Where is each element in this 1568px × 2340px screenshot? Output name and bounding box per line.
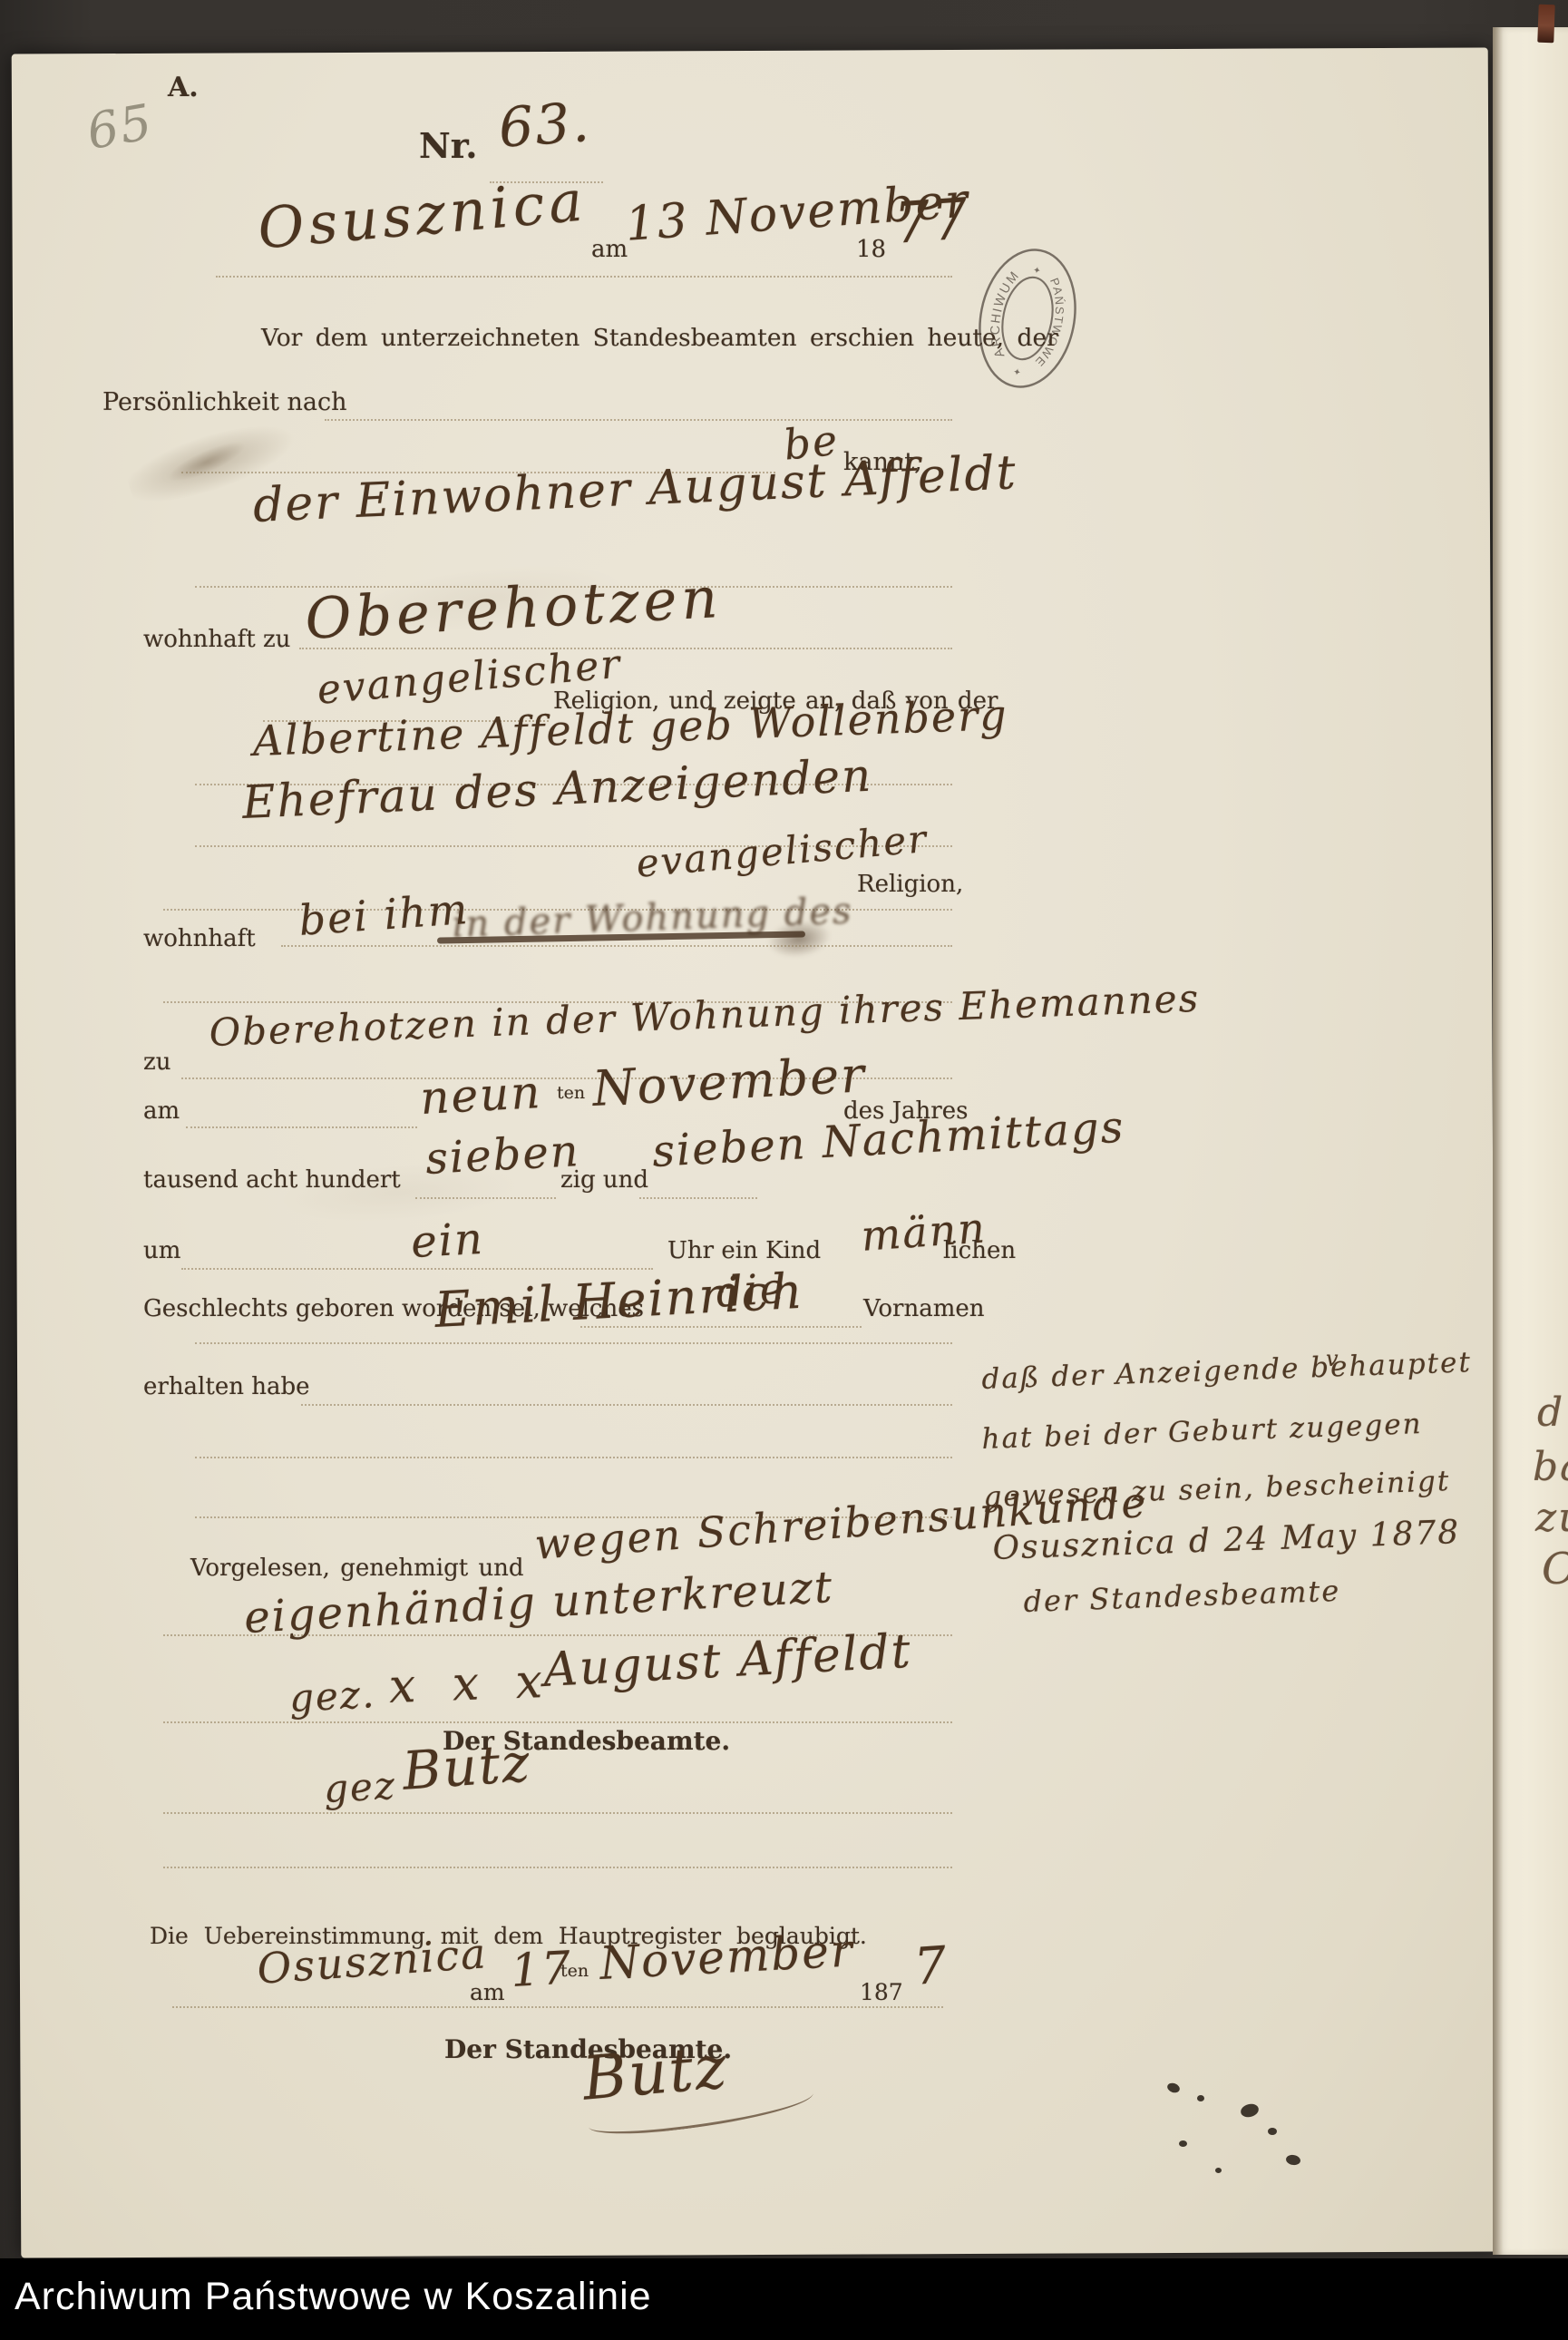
handzeichen-crosses: x x x: [388, 1658, 554, 1711]
dotted-line: [195, 1457, 952, 1458]
year-ones-word: sieben: [651, 1118, 808, 1177]
certification-am: am: [470, 1981, 505, 2004]
dotted-line: [299, 648, 952, 649]
edge-fragment: O: [1542, 1547, 1568, 1591]
scanned-register-photo: A. 65 Nr. 63. Osusznica am 13 November 1…: [0, 0, 1568, 2340]
dotted-line: [639, 1197, 757, 1199]
archive-caption-text: Archiwum Państwowe w Koszalinie: [15, 2275, 652, 2319]
am2-label: am: [143, 1099, 180, 1123]
wohnhaft2-label: wohnhaft: [143, 927, 256, 951]
ink-blot: [1197, 2095, 1204, 2101]
dotted-line: [186, 1126, 417, 1128]
next-page-edge: [1493, 27, 1568, 2255]
dotted-line: [195, 1342, 952, 1344]
certification-month: November: [599, 1927, 855, 1986]
year-entry: 77: [892, 190, 971, 252]
pencil-page-number: 65: [83, 97, 157, 157]
tausend-label: tausend acht hundert: [143, 1168, 401, 1192]
dotted-line: [216, 276, 952, 278]
certification-year-hw: 7: [912, 1940, 950, 1993]
stamp-star-top: ✦: [1032, 265, 1042, 277]
dotted-line: [281, 945, 952, 947]
registrar-signature: Butz: [401, 1736, 533, 1798]
edge-fragment: ba: [1533, 1448, 1568, 1487]
hour-entry: ein: [410, 1217, 485, 1264]
ink-blot: [1215, 2168, 1222, 2173]
dotted-line: [172, 2006, 943, 2008]
ten-suffix: ten: [557, 1085, 585, 1102]
zig-und-label: zig und: [560, 1168, 648, 1192]
record-number: 63.: [497, 95, 592, 156]
bei-ihm-entry: bei ihm: [297, 888, 471, 941]
vorgelesen-label: Vorgelesen, genehmigt und: [190, 1556, 524, 1580]
book-ribbon: [1537, 5, 1554, 44]
erhalten-habe-label: erhalten habe: [143, 1375, 310, 1399]
birth-day-entry: neun: [419, 1069, 543, 1121]
decade-entry: sieben: [424, 1129, 581, 1181]
am-label: am: [591, 238, 628, 261]
intro-line: Vor dem unterzeichneten Standesbeamten e…: [261, 327, 1058, 351]
year-printed: 18: [856, 238, 886, 261]
zu-label: zu: [143, 1050, 170, 1074]
wohnhaft-zu-label: wohnhaft zu: [143, 628, 290, 651]
nr-label: Nr.: [419, 129, 478, 163]
edge-fragment: zu: [1535, 1498, 1568, 1538]
certification-year-printed: 187: [860, 1981, 903, 2004]
vornamen-label: Vornamen: [863, 1297, 985, 1321]
stamp-star-bottom: ✦: [1012, 366, 1022, 378]
uhr-ein-kind-label: Uhr ein Kind: [667, 1239, 821, 1263]
dotted-line: [181, 1268, 653, 1270]
gez2-label: gez: [323, 1767, 397, 1809]
archive-caption-bar: Archiwum Państwowe w Koszalinie: [0, 2258, 1568, 2340]
gez-label: gez.: [288, 1675, 376, 1718]
dotted-line: [163, 1812, 952, 1814]
religion2-printed: Religion,: [857, 873, 963, 896]
dotted-line: [163, 1867, 952, 1868]
um-label: um: [143, 1239, 180, 1263]
lichen-label: lichen: [943, 1239, 1016, 1263]
dotted-line: [325, 419, 952, 421]
form-letter-a: A.: [168, 74, 199, 102]
ink-blot: [1179, 2140, 1187, 2147]
birth-month-entry: November: [591, 1050, 867, 1114]
edge-fragment: d: [1537, 1393, 1564, 1433]
certification-ten: ten: [560, 1963, 589, 1980]
ink-blot: [1268, 2128, 1277, 2135]
dotted-line: [415, 1197, 556, 1199]
dotted-line: [301, 1404, 952, 1406]
dotted-line: [163, 1721, 952, 1723]
